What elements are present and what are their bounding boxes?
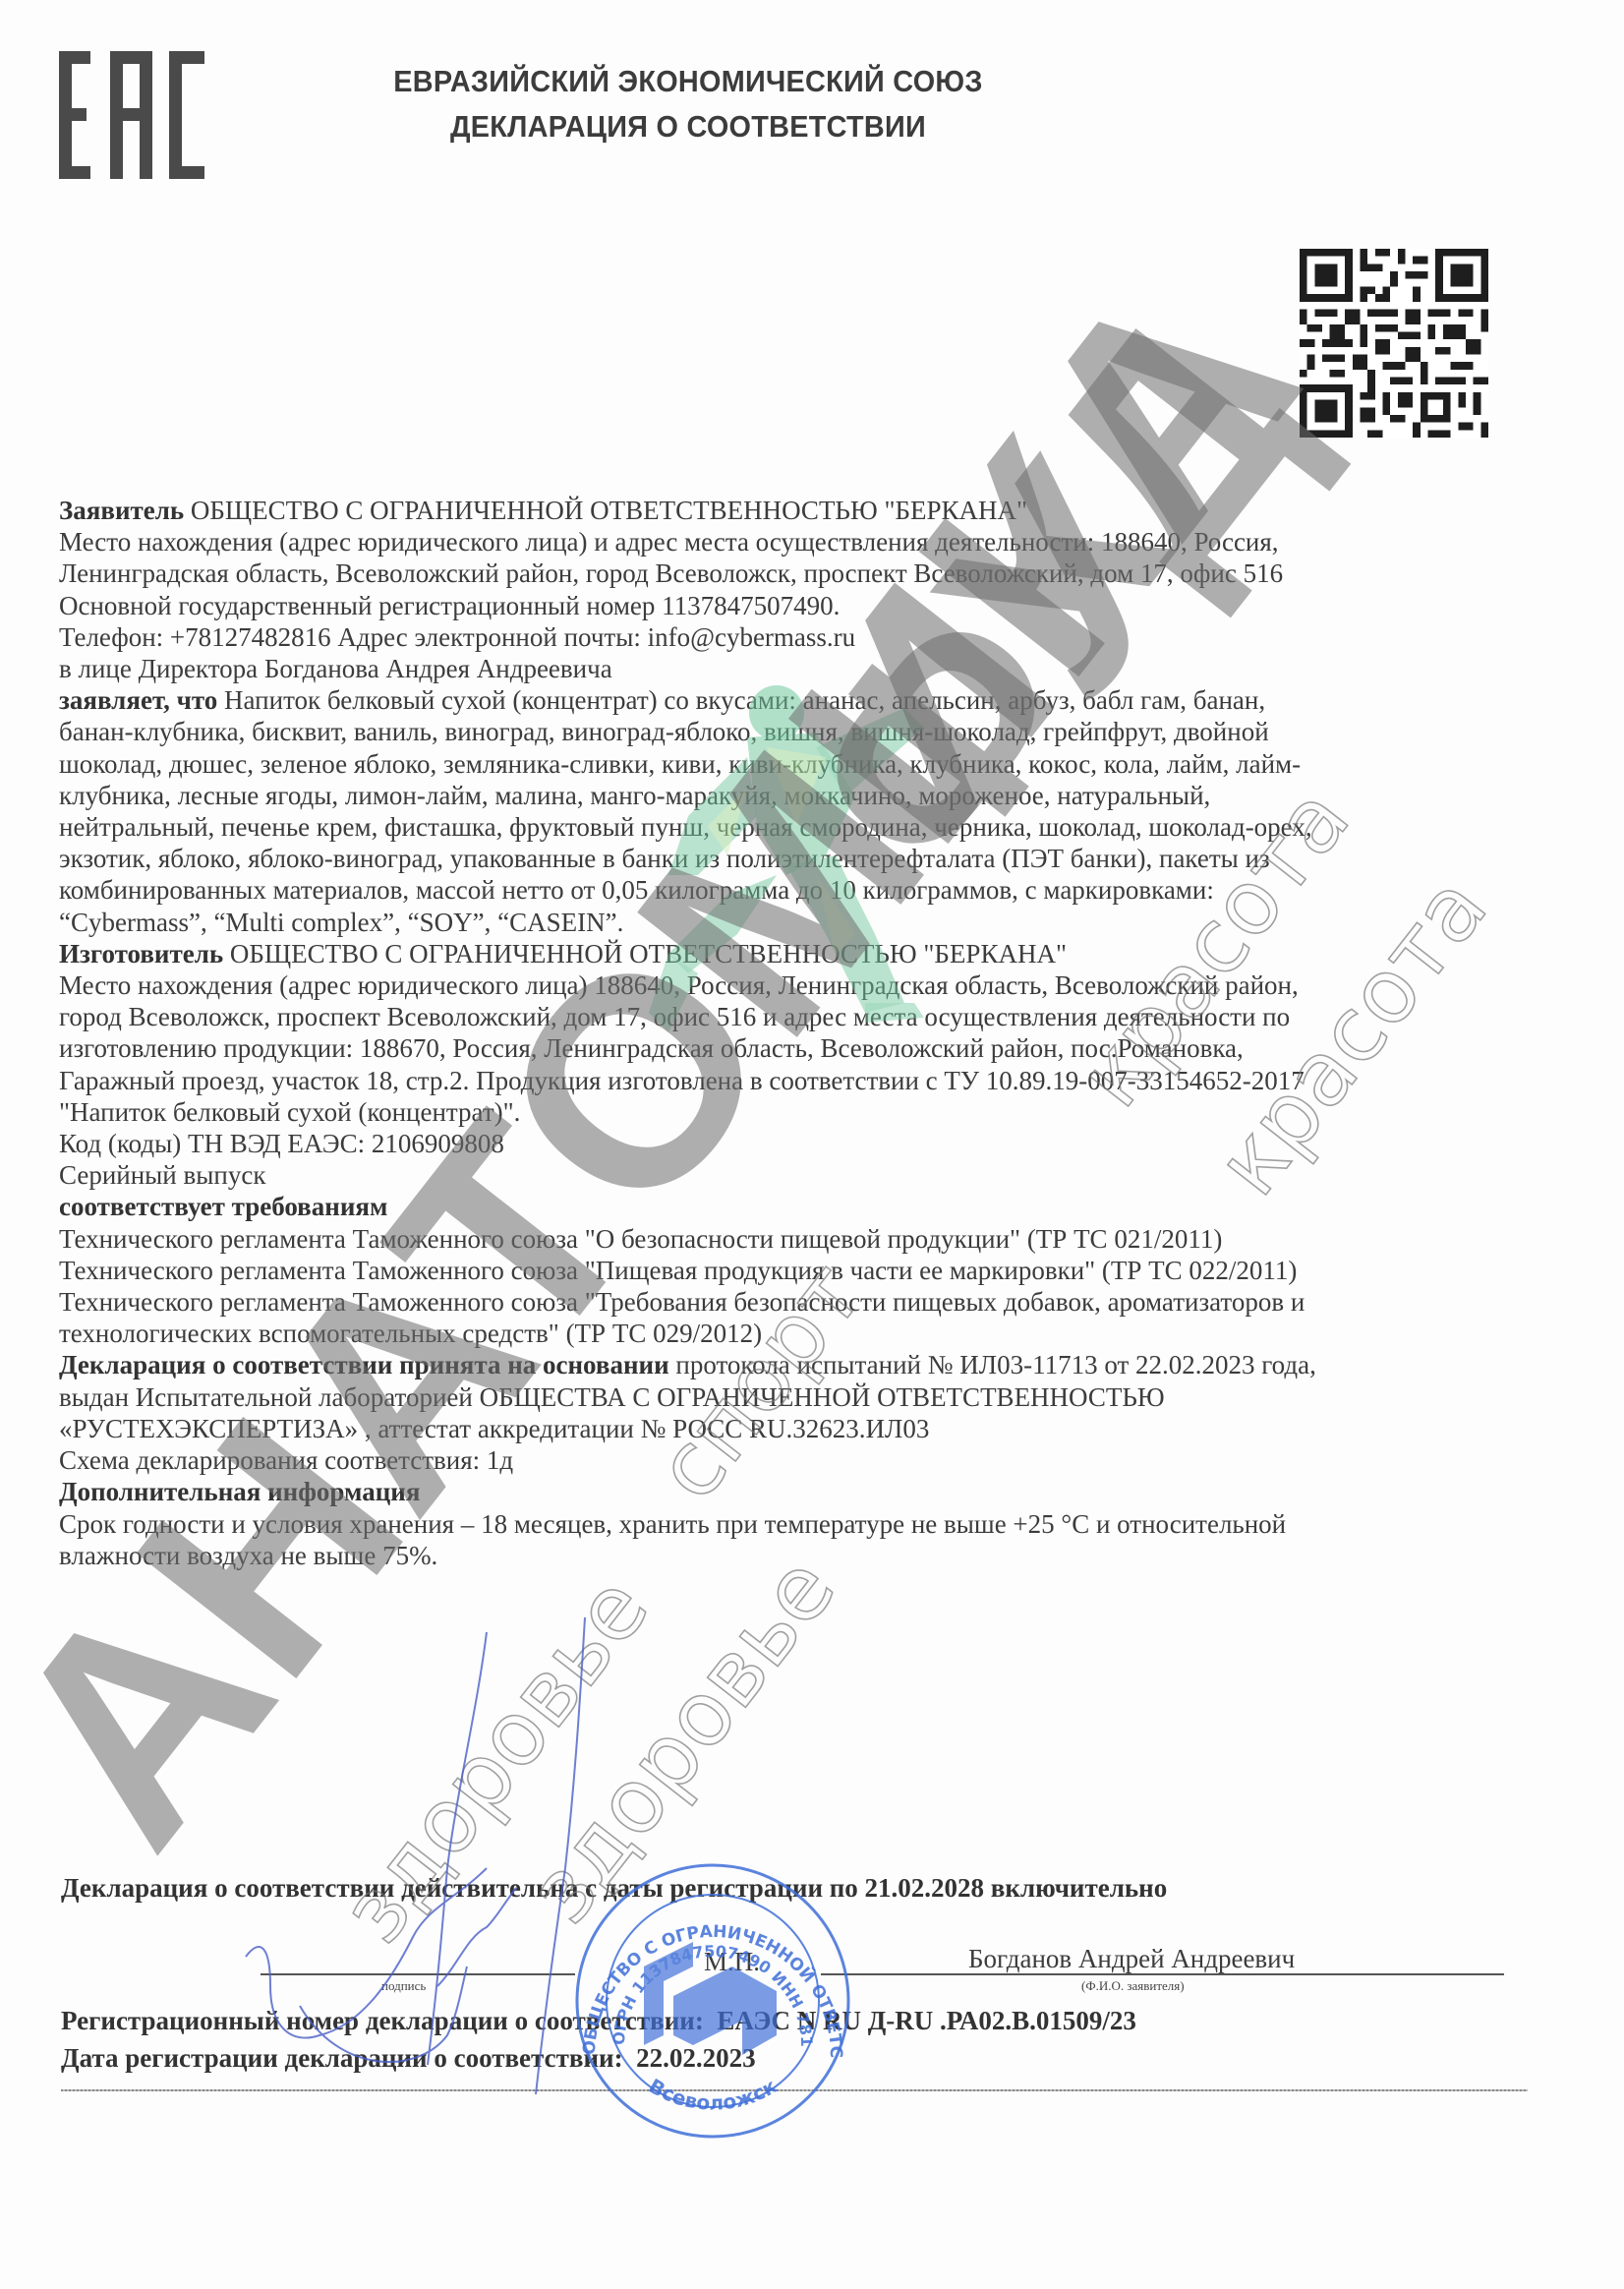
applicant-ogrn: Основной государственный регистрационный… <box>59 590 1553 621</box>
product-markings: “Cybermass”, “Multi complex”, “SOY”, “CA… <box>59 907 1553 938</box>
reg-date-label: Дата регистрации декларации о соответств… <box>61 2043 623 2073</box>
regulation-line: Технического регламента Таможенного союз… <box>59 1255 1553 1286</box>
signature-line <box>261 1973 575 1975</box>
manufacturer-address-line: Место нахождения (адрес юридического лиц… <box>59 969 1553 1001</box>
requirements-label: соответствует требованиям <box>59 1191 1553 1222</box>
product-standard-name: "Напиток белковый сухой (концентрат)". <box>59 1096 1553 1128</box>
union-name: ЕВРАЗИЙСКИЙ ЭКОНОМИЧЕСКИЙ СОЮЗ <box>322 59 1054 104</box>
test-protocol: протокола испытаний № ИЛ03-11713 от 22.0… <box>675 1350 1315 1379</box>
declares-label: заявляет, что <box>59 685 217 715</box>
regulation-line: Технического регламента Таможенного союз… <box>59 1223 1553 1255</box>
storage-conditions: влажности воздуха не выше 75%. <box>59 1540 1553 1571</box>
applicant-label: Заявитель <box>59 496 184 525</box>
basis-line: Декларация о соответствии принята на осн… <box>59 1349 1553 1380</box>
svg-text:Всеволожск: Всеволожск <box>645 2074 782 2115</box>
document-type: ДЕКЛАРАЦИЯ О СООТВЕТСТВИИ <box>322 104 1054 149</box>
header-title: ЕВРАЗИЙСКИЙ ЭКОНОМИЧЕСКИЙ СОЮЗ ДЕКЛАРАЦИ… <box>295 59 1081 149</box>
manufacturer-name: ОБЩЕСТВО С ОГРАНИЧЕННОЙ ОТВЕТСТВЕННОСТЬЮ… <box>230 939 1067 968</box>
applicant-address-line: Ленинградская область, Всеволожский райо… <box>59 558 1553 589</box>
product-line: экзотик, яблоко, яблоко-виноград, упаков… <box>59 843 1553 874</box>
product-line: комбинированных материалов, массой нетто… <box>59 874 1553 906</box>
declares-line: заявляет, что Напиток белковый сухой (ко… <box>59 684 1553 716</box>
validity-period: Декларация о соответствии действительна … <box>61 1873 1167 1904</box>
declaration-page: ЕВРАЗИЙСКИЙ ЭКОНОМИЧЕСКИЙ СОЮЗ ДЕКЛАРАЦИ… <box>0 0 1624 2289</box>
stamp-place-mark: М.П. <box>704 1947 760 1977</box>
signature-caption: подпись <box>381 1978 426 1994</box>
reg-number-value: ЕАЭС N RU Д-RU .РА02.В.01509/23 <box>717 2006 1136 2035</box>
storage-conditions: Срок годности и условия хранения – 18 ме… <box>59 1508 1553 1540</box>
manufacturer-address-line: Гаражный проезд, участок 18, стр.2. Прод… <box>59 1065 1553 1096</box>
regulation-line: технологических вспомогательных средств"… <box>59 1318 1553 1349</box>
bottom-rule <box>61 2089 1528 2091</box>
product-line: клубника, лесные ягоды, лимон-лайм, мали… <box>59 780 1553 811</box>
reg-date-value: 22.02.2023 <box>636 2043 756 2073</box>
signer-name: Богданов Андрей Андреевич <box>968 1944 1295 1974</box>
accreditation-line: «РУСТЕХЭКСПЕРТИЗА» , аттестат аккредитац… <box>59 1413 1553 1444</box>
product-line: шоколад, дюшес, зеленое яблоко, земляник… <box>59 748 1553 780</box>
registration-date: Дата регистрации декларации о соответств… <box>61 2043 756 2074</box>
basis-label: Декларация о соответствии принята на осн… <box>59 1350 669 1379</box>
signer-caption: (Ф.И.О. заявителя) <box>1081 1978 1185 1994</box>
declaration-body: Заявитель ОБЩЕСТВО С ОГРАНИЧЕННОЙ ОТВЕТС… <box>59 495 1553 1571</box>
product-line: нейтральный, печенье крем, фисташка, фру… <box>59 811 1553 843</box>
manufacturer-line: Изготовитель ОБЩЕСТВО С ОГРАНИЧЕННОЙ ОТВ… <box>59 938 1553 969</box>
tn-ved-code: Код (коды) ТН ВЭД ЕАЭС: 2106909808 <box>59 1128 1553 1159</box>
product-line: банан-клубника, бисквит, ваниль, виногра… <box>59 716 1553 747</box>
production-type: Серийный выпуск <box>59 1159 1553 1191</box>
applicant-address-line: Место нахождения (адрес юридического лиц… <box>59 526 1553 558</box>
signer-name-line <box>821 1973 1504 1975</box>
laboratory-line: выдан Испытательной лабораторией ОБЩЕСТВ… <box>59 1381 1553 1413</box>
additional-info-label: Дополнительная информация <box>59 1476 1553 1507</box>
applicant-name: ОБЩЕСТВО С ОГРАНИЧЕННОЙ ОТВЕТСТВЕННОСТЬЮ… <box>191 496 1027 525</box>
regulation-line: Технического регламента Таможенного союз… <box>59 1286 1553 1318</box>
reg-number-label: Регистрационный номер декларации о соотв… <box>61 2006 704 2035</box>
declaration-scheme: Схема декларирования соответствия: 1д <box>59 1444 1553 1476</box>
product-description: Напиток белковый сухой (концентрат) со в… <box>224 685 1265 715</box>
applicant-representative: в лице Директора Богданова Андрея Андрее… <box>59 653 1553 684</box>
manufacturer-address-line: изготовлению продукции: 188670, Россия, … <box>59 1032 1553 1064</box>
eac-logo <box>57 51 204 179</box>
manufacturer-label: Изготовитель <box>59 939 223 968</box>
applicant-contacts: Телефон: +78127482816 Адрес электронной … <box>59 621 1553 653</box>
applicant-line: Заявитель ОБЩЕСТВО С ОГРАНИЧЕННОЙ ОТВЕТС… <box>59 495 1553 526</box>
registration-number: Регистрационный номер декларации о соотв… <box>61 2006 1136 2036</box>
manufacturer-address-line: город Всеволожск, проспект Всеволожский,… <box>59 1001 1553 1032</box>
qr-code[interactable] <box>1300 249 1488 438</box>
